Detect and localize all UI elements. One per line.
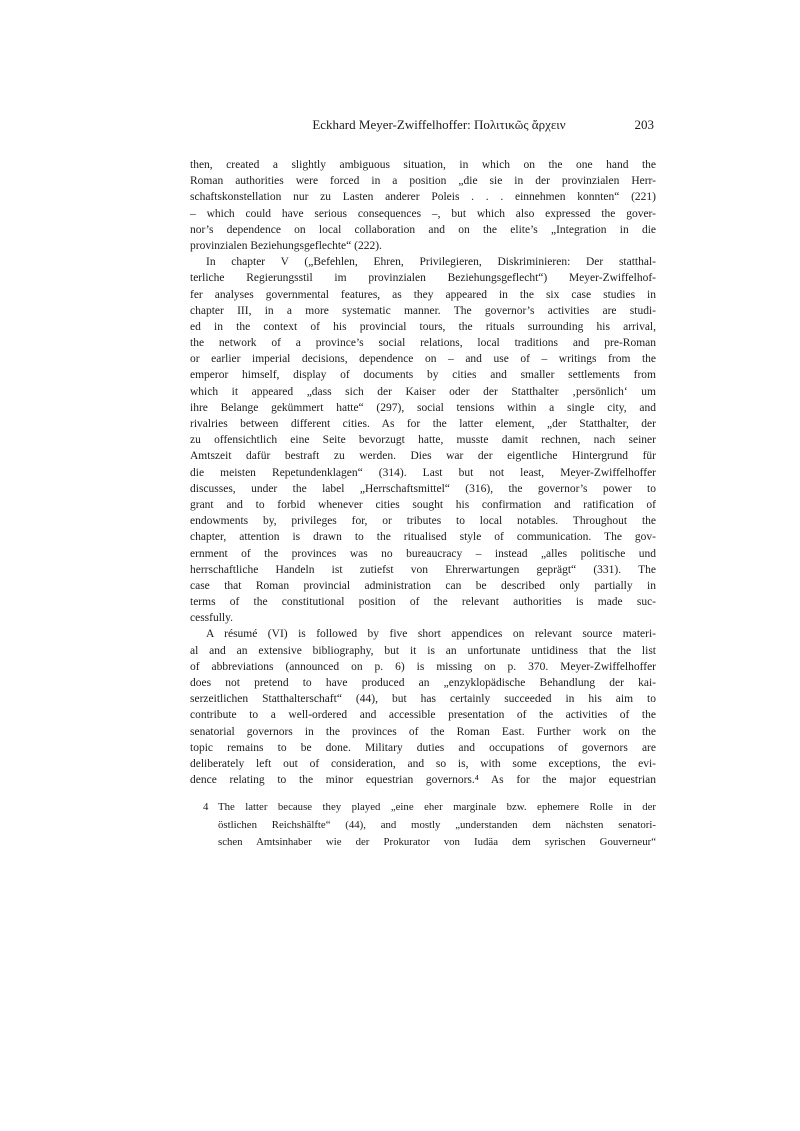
text-line: ed in the context of his provincial tour… — [190, 319, 656, 335]
paragraph: A résumé (VI) is followed by five short … — [190, 626, 656, 788]
text-line: of abbreviations (announced on p. 6) is … — [190, 659, 656, 675]
text-line: terms of the constitutional position of … — [190, 594, 656, 610]
text-line: does not pretend to have produced an „en… — [190, 675, 656, 691]
text-line: al and an extensive bibliography, but it… — [190, 643, 656, 659]
footnote-number: 4 — [203, 799, 208, 817]
text-line: case that Roman provincial administratio… — [190, 578, 656, 594]
text-line: nor’s dependence on local collaboration … — [190, 222, 656, 238]
text-line: Amtszeit dafür bestraft zu werden. Dies … — [190, 448, 656, 464]
review-body: then, created a slightly ambiguous situa… — [190, 157, 656, 788]
text-line: terliche Regierungsstil im provinzialen … — [190, 270, 656, 286]
text-line: In chapter V („Befehlen, Ehren, Privileg… — [190, 254, 656, 270]
footnote-line: östlichen Reichshälfte“ (44), and mostly… — [218, 817, 656, 835]
text-line: schaftskonstellation nur zu Lasten ander… — [190, 189, 656, 205]
text-line: contribute to a well-ordered and accessi… — [190, 707, 656, 723]
text-line: – which could have serious consequences … — [190, 206, 656, 222]
text-line: cessfully. — [190, 610, 656, 626]
text-line: herrschaftliche Handeln ist zutiefst von… — [190, 562, 656, 578]
running-header: Eckhard Meyer-Zwiffelhoffer: Πολιτικῶς ἄ… — [190, 116, 656, 134]
text-line: dence relating to the minor equestrian g… — [190, 772, 656, 788]
text-line: rivalries between different cities. As f… — [190, 416, 656, 432]
text-line: ihre Belange gekümmert hatte“ (297), soc… — [190, 400, 656, 416]
text-line: zu offensichtlich eine Seite bevorzugt h… — [190, 432, 656, 448]
text-line: senatorial governors in the provinces of… — [190, 724, 656, 740]
text-line: fer analyses governmental features, as t… — [190, 287, 656, 303]
text-line: grant and to forbid whenever cities soug… — [190, 497, 656, 513]
footnote-text: The latter because they played „eine ehe… — [218, 799, 656, 852]
text-line: endowments by, privileges for, or tribut… — [190, 513, 656, 529]
running-header-title: Eckhard Meyer-Zwiffelhoffer: Πολιτικῶς ἄ… — [312, 116, 565, 133]
paragraph: then, created a slightly ambiguous situa… — [190, 157, 656, 254]
text-line: discusses, under the label „Herrschaftsm… — [190, 481, 656, 497]
text-line: which it appeared „dass sich der Kaiser … — [190, 384, 656, 400]
page-number: 203 — [635, 116, 655, 133]
text-line: chapter III, in a more systematic manner… — [190, 303, 656, 319]
document-page: Eckhard Meyer-Zwiffelhoffer: Πολιτικῶς ἄ… — [0, 0, 800, 1131]
text-line: deliberately left out of consideration, … — [190, 756, 656, 772]
footnote: 4 The latter because they played „eine e… — [190, 799, 656, 852]
text-line: ernment of the provinces was no bureaucr… — [190, 546, 656, 562]
text-line: emperor himself, display of documents by… — [190, 367, 656, 383]
footnote-line: schen Amtsinhaber wie der Prokurator von… — [218, 834, 656, 852]
text-line: provinzialen Beziehungsgeflechte“ (222). — [190, 238, 656, 254]
text-line: topic remains to be done. Military dutie… — [190, 740, 656, 756]
footnote-line: The latter because they played „eine ehe… — [218, 799, 656, 817]
paragraph: In chapter V („Befehlen, Ehren, Privileg… — [190, 254, 656, 626]
text-line: die meisten Repetundenklagen“ (314). Las… — [190, 465, 656, 481]
text-line: then, created a slightly ambiguous situa… — [190, 157, 656, 173]
text-line: chapter, attention is drawn to the ritua… — [190, 529, 656, 545]
text-line: serzeitlichen Statthalterschaft“ (44), b… — [190, 691, 656, 707]
text-line: or earlier imperial decisions, dependenc… — [190, 351, 656, 367]
text-line: A résumé (VI) is followed by five short … — [190, 626, 656, 642]
text-line: the network of a province’s social relat… — [190, 335, 656, 351]
text-line: Roman authorities were forced in a posit… — [190, 173, 656, 189]
